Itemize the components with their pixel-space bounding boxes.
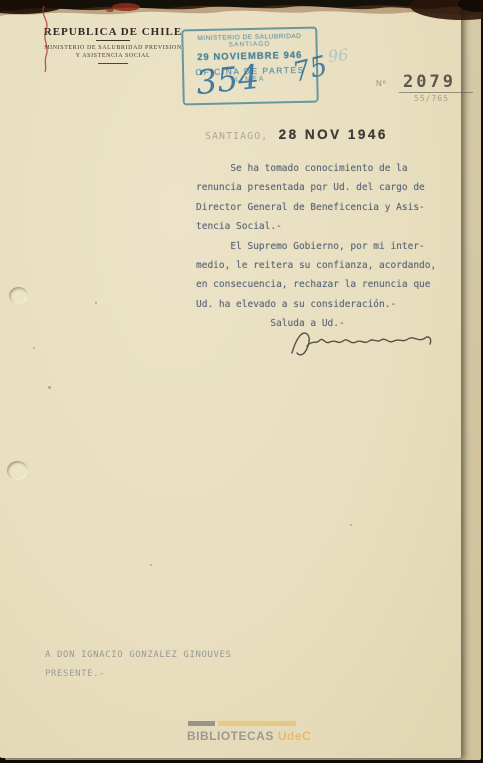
paper-speck <box>48 386 51 389</box>
body-line: Se ha tomado conocimiento de la <box>196 159 446 178</box>
ministry-name-line1: MINISTERIO DE SALUBRIDAD PREVISION <box>28 44 198 52</box>
letterhead-rule-2 <box>98 63 128 64</box>
body-line: El Supremo Gobierno, por mi inter- <box>196 237 446 256</box>
document-number-sub: 55/765 <box>414 94 449 103</box>
body-line: Director General de Beneficencia y Asis- <box>196 198 446 217</box>
watermark-bar-orange <box>218 721 296 726</box>
body-line: Ud. ha elevado a su consideración.- <box>196 295 446 314</box>
document-number: 2079 <box>403 72 456 92</box>
watermark-label: BIBLIOTECAS <box>187 729 274 743</box>
watermark-bar-gray <box>188 721 215 726</box>
paper-speck <box>320 189 322 191</box>
library-watermark: BIBLIOTECASUdeC <box>187 727 311 745</box>
watermark-brand: UdeC <box>278 729 311 743</box>
handwritten-secondary-number: 75 <box>290 50 331 88</box>
punch-hole-bottom <box>7 461 28 480</box>
handwritten-registry-number: 354 <box>194 57 261 102</box>
stamp-city: SANTIAGO <box>183 40 315 50</box>
number-label: Nº <box>376 79 387 88</box>
ministry-name-line2: Y ASISTENCIA SOCIAL <box>28 52 198 60</box>
paper: REPUBLICA DE CHILE MINISTERIO DE SALUBRI… <box>0 4 461 758</box>
body-line: medio, le reitera su confianza, acordand… <box>196 256 446 275</box>
body-line: tencia Social.- <box>196 217 446 236</box>
paper-speck <box>350 524 352 526</box>
dateline-date-stamp: 28 NOV 1946 <box>279 127 388 142</box>
addressee-name: A DON IGNACIO GONZALEZ GINOUVES <box>45 650 232 660</box>
letterhead-rule <box>96 40 130 41</box>
dateline: SANTIAGO, 28 NOV 1946 <box>205 126 388 144</box>
body-line: en consecuencia, rechazar la renuncia qu… <box>196 275 446 294</box>
signature <box>286 326 438 362</box>
letter-body: Se ha tomado conocimiento de larenuncia … <box>196 159 446 334</box>
addressee-city: PRESENTE.- <box>45 669 105 679</box>
paper-speck <box>150 564 152 566</box>
number-underline <box>399 92 473 93</box>
scanned-document-page: REPUBLICA DE CHILE MINISTERIO DE SALUBRI… <box>0 0 483 763</box>
punch-hole-top <box>9 287 28 304</box>
paper-speck <box>95 302 97 304</box>
pencil-note: 96 <box>327 45 349 66</box>
dateline-city: SANTIAGO, <box>205 131 268 142</box>
paper-speck <box>33 347 35 349</box>
letterhead: REPUBLICA DE CHILE MINISTERIO DE SALUBRI… <box>28 26 198 64</box>
republic-title: REPUBLICA DE CHILE <box>28 26 198 38</box>
